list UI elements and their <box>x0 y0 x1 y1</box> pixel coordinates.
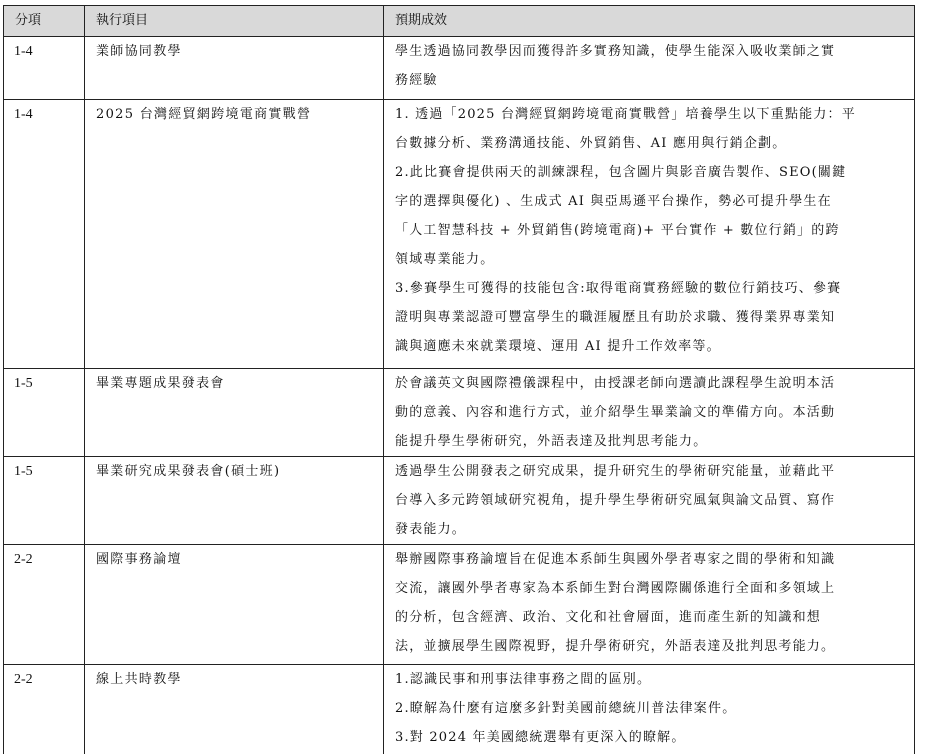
table-row: 1-5 畢業專題成果發表會 於會議英文與國際禮儀課程中，由授課老師向選讀此課程學… <box>4 369 915 457</box>
effect-line: 2.瞭解為什麼有這麼多針對美國前總統川普法律案件。 <box>395 694 906 723</box>
header-code: 分項 <box>4 6 85 37</box>
row-code: 1-4 <box>4 37 85 100</box>
effect-line: 台數據分析、業務溝通技能、外貿銷售、AI 應用與行銷企劃。 <box>395 129 906 158</box>
effect-line: 動的意義、內容和進行方式，並介紹學生畢業論文的準備方向。本活動 <box>395 398 906 427</box>
row-item: 畢業研究成果發表會(碩士班) <box>85 457 384 545</box>
effect-line: 於會議英文與國際禮儀課程中，由授課老師向選讀此課程學生說明本活 <box>395 369 906 398</box>
effect-line: 交流，讓國外學者專家為本系師生對台灣國際關係進行全面和多領域上 <box>395 574 906 603</box>
row-effect: 1. 透過「2025 台灣經貿網跨境電商實戰營」培養學生以下重點能力：平 台數據… <box>384 100 915 369</box>
effect-line: 2.此比賽會提供兩天的訓練課程，包含圖片與影音廣告製作、SEO(關鍵 <box>395 158 906 187</box>
effect-line: 識與適應未來就業環境、運用 AI 提升工作效率等。 <box>395 332 906 361</box>
execution-plan-table: 分項 執行項目 預期成效 1-4 業師協同教學 學生透過協同教學因而獲得許多實務… <box>3 5 915 754</box>
row-item: 國際事務論壇 <box>85 545 384 665</box>
row-item: 2025 台灣經貿網跨境電商實戰營 <box>85 100 384 369</box>
row-item: 畢業專題成果發表會 <box>85 369 384 457</box>
effect-line: 字的選擇與優化) 、生成式 AI 與亞馬遜平台操作，勢必可提升學生在 <box>395 187 906 216</box>
effect-line: 1.認識民事和刑事法律事務之間的區別。 <box>395 665 906 694</box>
row-code: 1-5 <box>4 457 85 545</box>
row-effect: 1.認識民事和刑事法律事務之間的區別。 2.瞭解為什麼有這麼多針對美國前總統川普… <box>384 665 915 754</box>
effect-line: 學生透過協同教學因而獲得許多實務知識，使學生能深入吸收業師之實 <box>395 37 906 66</box>
table-body: 1-4 業師協同教學 學生透過協同教學因而獲得許多實務知識，使學生能深入吸收業師… <box>4 37 915 754</box>
effect-line: 台導入多元跨領域研究視角，提升學生學術研究風氣與論文品質、寫作 <box>395 486 906 515</box>
row-code: 2-2 <box>4 665 85 754</box>
table-row: 2-2 國際事務論壇 舉辦國際事務論壇旨在促進本系師生與國外學者專家之間的學術和… <box>4 545 915 665</box>
effect-line: 的分析，包含經濟、政治、文化和社會層面，進而產生新的知識和想 <box>395 603 906 632</box>
effect-line: 發表能力。 <box>395 515 906 544</box>
row-effect: 舉辦國際事務論壇旨在促進本系師生與國外學者專家之間的學術和知識 交流，讓國外學者… <box>384 545 915 665</box>
table-row: 1-4 業師協同教學 學生透過協同教學因而獲得許多實務知識，使學生能深入吸收業師… <box>4 37 915 100</box>
effect-line: 1. 透過「2025 台灣經貿網跨境電商實戰營」培養學生以下重點能力：平 <box>395 100 906 129</box>
effect-line: 「人工智慧科技 + 外貿銷售(跨境電商)+ 平台實作 + 數位行銷」的跨 <box>395 216 906 245</box>
row-effect: 學生透過協同教學因而獲得許多實務知識，使學生能深入吸收業師之實 務經驗 <box>384 37 915 100</box>
row-item: 線上共時教學 <box>85 665 384 754</box>
row-code: 2-2 <box>4 545 85 665</box>
row-code: 1-5 <box>4 369 85 457</box>
header-row: 分項 執行項目 預期成效 <box>4 6 915 37</box>
row-item: 業師協同教學 <box>85 37 384 100</box>
table-row: 1-5 畢業研究成果發表會(碩士班) 透過學生公開發表之研究成果，提升研究生的學… <box>4 457 915 545</box>
header-item: 執行項目 <box>85 6 384 37</box>
effect-line: 能提升學生學術研究，外語表達及批判思考能力。 <box>395 427 906 456</box>
table-row: 1-4 2025 台灣經貿網跨境電商實戰營 1. 透過「2025 台灣經貿網跨境… <box>4 100 915 369</box>
effect-line: 透過學生公開發表之研究成果，提升研究生的學術研究能量，並藉此平 <box>395 457 906 486</box>
effect-line: 3.對 2024 年美國總統選舉有更深入的瞭解。 <box>395 723 906 752</box>
row-code: 1-4 <box>4 100 85 369</box>
effect-line: 務經驗 <box>395 66 906 95</box>
row-effect: 於會議英文與國際禮儀課程中，由授課老師向選讀此課程學生說明本活 動的意義、內容和… <box>384 369 915 457</box>
table-row: 2-2 線上共時教學 1.認識民事和刑事法律事務之間的區別。 2.瞭解為什麼有這… <box>4 665 915 754</box>
effect-line: 證明與專業認證可豐富學生的職涯履歷且有助於求職、獲得業界專業知 <box>395 303 906 332</box>
effect-line: 領域專業能力。 <box>395 245 906 274</box>
table-header: 分項 執行項目 預期成效 <box>4 6 915 37</box>
effect-line: 舉辦國際事務論壇旨在促進本系師生與國外學者專家之間的學術和知識 <box>395 545 906 574</box>
header-effect: 預期成效 <box>384 6 915 37</box>
effect-line: 法，並擴展學生國際視野，提升學術研究，外語表達及批判思考能力。 <box>395 632 906 661</box>
effect-line: 3.參賽學生可獲得的技能包含:取得電商實務經驗的數位行銷技巧、參賽 <box>395 274 906 303</box>
row-effect: 透過學生公開發表之研究成果，提升研究生的學術研究能量，並藉此平 台導入多元跨領域… <box>384 457 915 545</box>
